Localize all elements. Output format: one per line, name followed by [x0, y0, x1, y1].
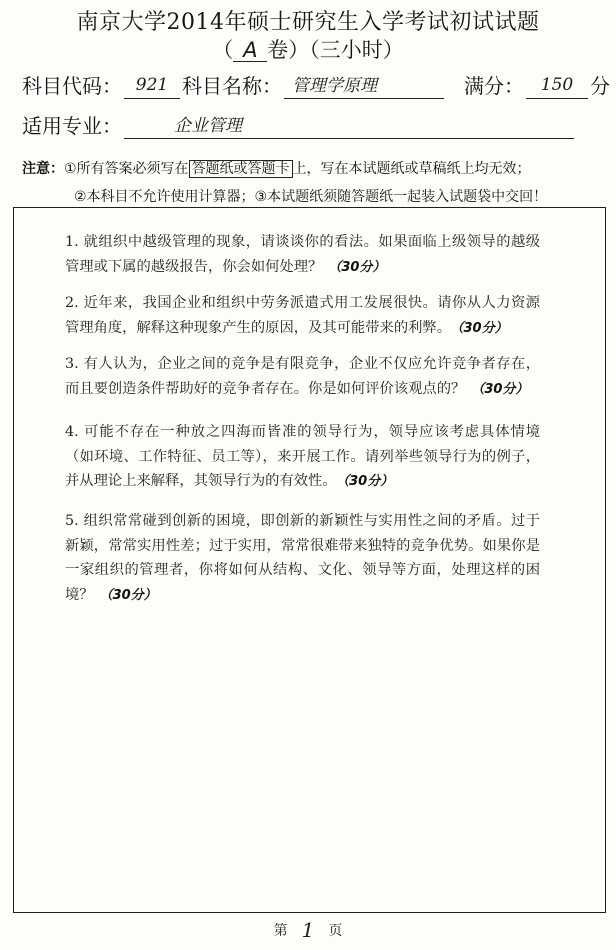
notice-1-pre: ①所有答案必须写在 [64, 161, 189, 177]
major-row: 适用专业： 企业管理 [22, 110, 612, 139]
page-prefix: 第 [274, 923, 288, 939]
notice-1-boxed: 答题纸或答题卡 [189, 160, 293, 178]
score-label: 满分： [464, 70, 524, 99]
notice-line-1: 注意：①所有答案必须写在答题纸或答题卡上，写在本试题纸或草稿纸上均无效； [22, 158, 531, 178]
question-number: 5. [65, 513, 79, 529]
question-text: 可能不存在一种放之四海而皆准的领导行为，领导应该考虑具体情境（如环境、工作特征、… [65, 424, 540, 489]
exam-subtitle: （A卷）（三小时） [0, 34, 616, 64]
question-points: （30分） [328, 260, 385, 275]
exam-title: 南京大学2014年硕士研究生入学考试初试试题 [0, 5, 616, 36]
question-points: （30分） [471, 382, 528, 397]
question-5: 5. 组织常常碰到创新的困境，即创新的新颖性与实用性之间的矛盾。过于新颖，常常实… [65, 509, 540, 608]
question-text: 有人认为，企业之间的竞争是有限竞争，企业不仅应允许竞争者存在，而且要创造条件帮助… [65, 356, 540, 397]
question-1: 1. 就组织中越级管理的现象，请谈谈你的看法。如果面临上级领导的越级管理或下属的… [65, 230, 540, 280]
question-number: 2. [65, 295, 79, 311]
paper-letter: A [233, 39, 267, 62]
question-number: 3. [65, 356, 79, 372]
question-4: 4. 可能不存在一种放之四海而皆准的领导行为，领导应该考虑具体情境（如环境、工作… [65, 420, 540, 495]
question-number: 4. [65, 424, 79, 440]
subject-value: 管理学原理 [284, 75, 444, 99]
major-value: 企业管理 [124, 115, 574, 139]
question-points: （30分） [100, 588, 157, 603]
paper-suffix: 卷）（三小时） [267, 38, 404, 62]
subject-info-row: 科目代码： 921 科目名称： 管理学原理 满分： 150 分 [22, 70, 612, 99]
question-3: 3. 有人认为，企业之间的竞争是有限竞争，企业不仅应允许竞争者存在，而且要创造条… [65, 352, 540, 402]
paper-prefix: （ [212, 38, 233, 62]
question-points: （30分） [343, 474, 394, 489]
page-suffix: 页 [328, 923, 342, 939]
code-label: 科目代码： [22, 70, 122, 99]
score-value: 150 [526, 74, 588, 99]
page-footer: 第1页 [0, 920, 616, 940]
page-number: 1 [302, 923, 315, 937]
code-value: 921 [124, 74, 180, 99]
notice-label: 注意： [22, 161, 64, 177]
notice-1-post: 上，写在本试题纸或草稿纸上均无效； [293, 161, 531, 177]
major-label: 适用专业： [22, 110, 122, 139]
question-number: 1. [65, 234, 79, 250]
score-unit: 分 [590, 70, 610, 99]
question-points: （30分） [457, 321, 508, 336]
question-2: 2. 近年来，我国企业和组织中劳务派遣式用工发展很快。请你从人力资源管理角度，解… [65, 291, 540, 341]
notice-line-2: ②本科目不允许使用计算器；③本试题纸须随答题纸一起装入试题袋中交回！ [74, 186, 547, 206]
subject-label: 科目名称： [182, 70, 282, 99]
question-text: 就组织中越级管理的现象，请谈谈你的看法。如果面临上级领导的越级管理或下属的越级报… [65, 234, 540, 275]
